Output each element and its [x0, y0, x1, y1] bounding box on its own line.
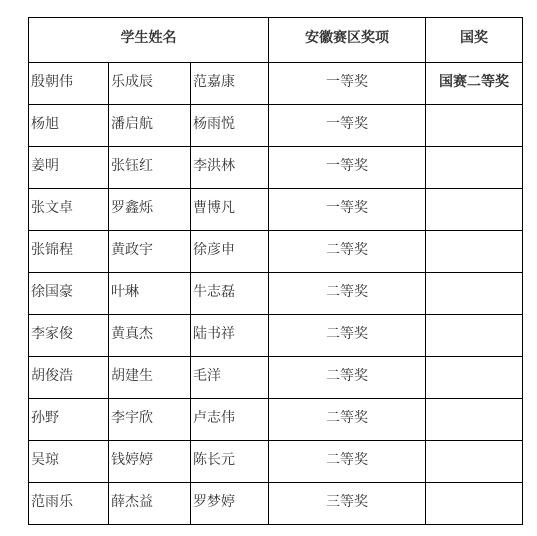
regional-award-cell: 二等奖 [269, 231, 426, 273]
student-name-cell: 罗梦婷 [191, 483, 269, 525]
regional-award-cell: 一等奖 [269, 63, 426, 105]
national-award-cell [426, 399, 523, 441]
student-name-cell: 叶琳 [109, 273, 191, 315]
regional-award-cell: 一等奖 [269, 147, 426, 189]
national-award-cell [426, 231, 523, 273]
student-name-cell: 张文卓 [29, 189, 109, 231]
student-awards-table: 学生姓名 安徽赛区奖项 国奖 殷朝伟 乐成辰 范嘉康 一等奖 国赛二等奖 杨旭 … [28, 17, 523, 525]
table-row: 殷朝伟 乐成辰 范嘉康 一等奖 国赛二等奖 [29, 63, 523, 105]
student-name-cell: 范雨乐 [29, 483, 109, 525]
national-award-cell [426, 483, 523, 525]
student-name-cell: 罗鑫烁 [109, 189, 191, 231]
student-name-cell: 黄政宇 [109, 231, 191, 273]
national-award-cell [426, 105, 523, 147]
header-student-names: 学生姓名 [29, 18, 269, 63]
regional-award-cell: 三等奖 [269, 483, 426, 525]
regional-award-cell: 二等奖 [269, 273, 426, 315]
student-name-cell: 卢志伟 [191, 399, 269, 441]
student-name-cell: 毛洋 [191, 357, 269, 399]
student-name-cell: 胡建生 [109, 357, 191, 399]
table-row: 吴琼 钱婷婷 陈长元 二等奖 [29, 441, 523, 483]
table-row: 杨旭 潘启航 杨雨悦 一等奖 [29, 105, 523, 147]
student-name-cell: 张锦程 [29, 231, 109, 273]
student-name-cell: 徐彦申 [191, 231, 269, 273]
student-name-cell: 殷朝伟 [29, 63, 109, 105]
national-award-cell [426, 273, 523, 315]
table-row: 范雨乐 薛杰益 罗梦婷 三等奖 [29, 483, 523, 525]
regional-award-cell: 二等奖 [269, 399, 426, 441]
national-award-cell [426, 357, 523, 399]
regional-award-cell: 一等奖 [269, 105, 426, 147]
student-name-cell: 钱婷婷 [109, 441, 191, 483]
page: 学生姓名 安徽赛区奖项 国奖 殷朝伟 乐成辰 范嘉康 一等奖 国赛二等奖 杨旭 … [0, 0, 537, 536]
student-name-cell: 陈长元 [191, 441, 269, 483]
national-award-cell [426, 315, 523, 357]
student-name-cell: 吴琼 [29, 441, 109, 483]
table-row: 徐国豪 叶琳 牛志磊 二等奖 [29, 273, 523, 315]
table-row: 孙野 李宇欣 卢志伟 二等奖 [29, 399, 523, 441]
national-award-cell [426, 189, 523, 231]
student-name-cell: 乐成辰 [109, 63, 191, 105]
student-name-cell: 杨旭 [29, 105, 109, 147]
table-row: 张锦程 黄政宇 徐彦申 二等奖 [29, 231, 523, 273]
student-name-cell: 胡俊浩 [29, 357, 109, 399]
student-name-cell: 潘启航 [109, 105, 191, 147]
regional-award-cell: 二等奖 [269, 357, 426, 399]
header-row: 学生姓名 安徽赛区奖项 国奖 [29, 18, 523, 63]
regional-award-cell: 二等奖 [269, 315, 426, 357]
student-name-cell: 牛志磊 [191, 273, 269, 315]
student-name-cell: 黄真杰 [109, 315, 191, 357]
student-name-cell: 李宇欣 [109, 399, 191, 441]
table-row: 张文卓 罗鑫烁 曹博凡 一等奖 [29, 189, 523, 231]
student-name-cell: 李家俊 [29, 315, 109, 357]
header-national-award: 国奖 [426, 18, 523, 63]
national-award-cell [426, 441, 523, 483]
student-name-cell: 薛杰益 [109, 483, 191, 525]
student-name-cell: 陆书祥 [191, 315, 269, 357]
student-name-cell: 杨雨悦 [191, 105, 269, 147]
national-award-cell [426, 147, 523, 189]
national-award-cell: 国赛二等奖 [426, 63, 523, 105]
student-name-cell: 李洪林 [191, 147, 269, 189]
student-name-cell: 范嘉康 [191, 63, 269, 105]
student-name-cell: 张钰红 [109, 147, 191, 189]
student-name-cell: 曹博凡 [191, 189, 269, 231]
student-name-cell: 孙野 [29, 399, 109, 441]
header-regional-award: 安徽赛区奖项 [269, 18, 426, 63]
student-name-cell: 徐国豪 [29, 273, 109, 315]
regional-award-cell: 二等奖 [269, 441, 426, 483]
table-row: 胡俊浩 胡建生 毛洋 二等奖 [29, 357, 523, 399]
regional-award-cell: 一等奖 [269, 189, 426, 231]
table-row: 姜明 张钰红 李洪林 一等奖 [29, 147, 523, 189]
student-name-cell: 姜明 [29, 147, 109, 189]
table-row: 李家俊 黄真杰 陆书祥 二等奖 [29, 315, 523, 357]
